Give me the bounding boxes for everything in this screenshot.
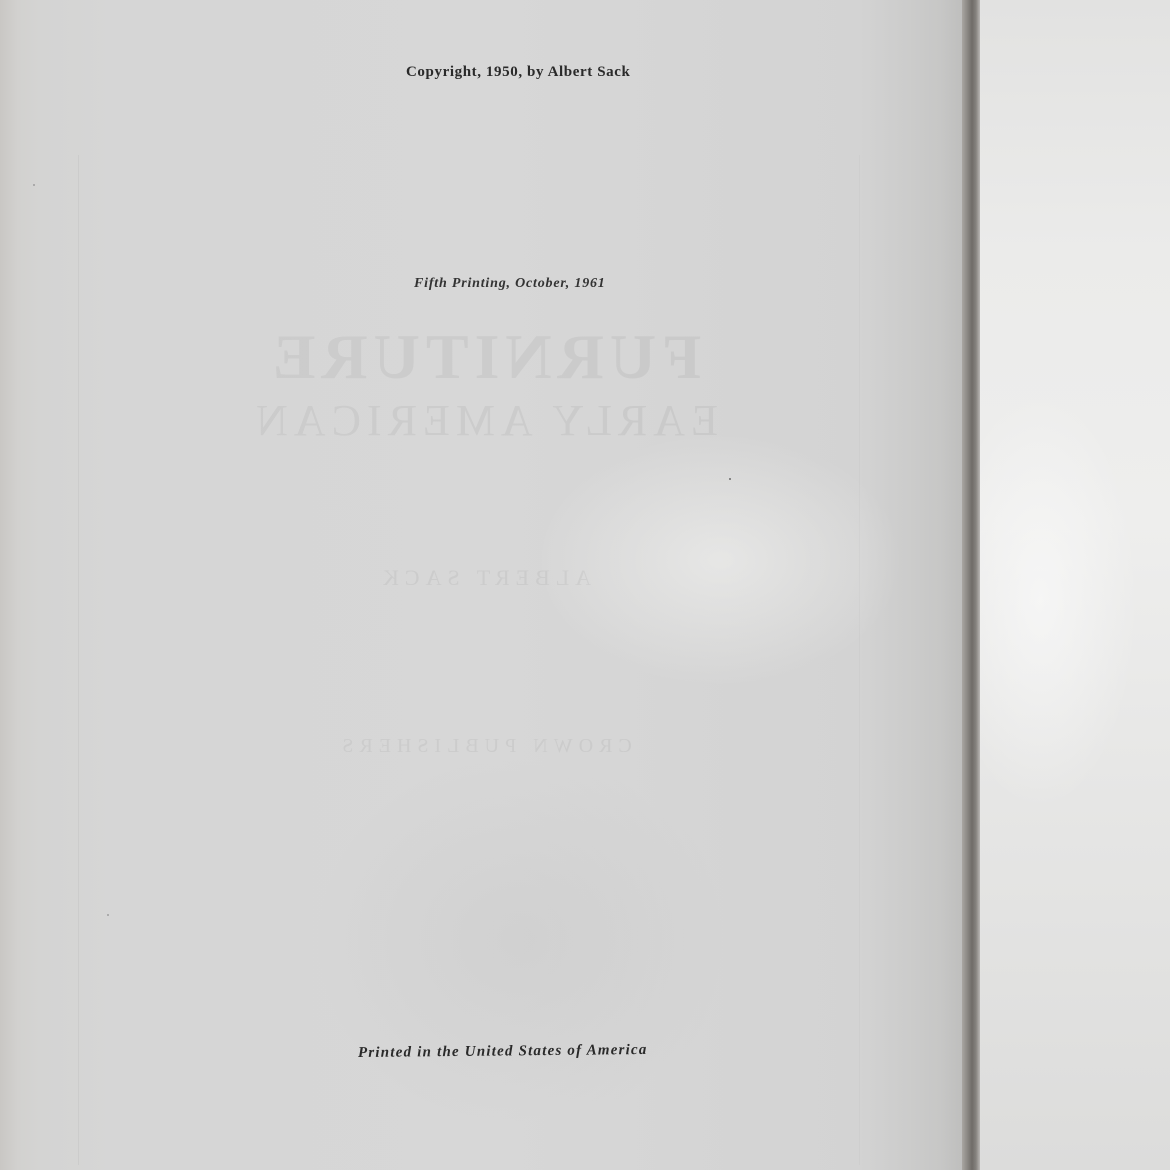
paper-speck (33, 184, 35, 186)
show-through-ghost-text: EARLY AMERICAN (0, 395, 968, 446)
facing-page (980, 0, 1170, 1170)
show-through-ghost-text: FURNITURE (0, 320, 968, 394)
copyright-notice: Copyright, 1950, by Albert Sack (406, 64, 630, 81)
show-through-ghost-text: ALBERT SACK (0, 565, 968, 591)
paper-speck (107, 914, 109, 916)
printing-edition-notice: Fifth Printing, October, 1961 (414, 276, 606, 292)
book-page: FURNITURE EARLY AMERICAN ALBERT SACK CRO… (0, 0, 968, 1170)
printed-in-notice: Printed in the United States of America (358, 1042, 648, 1062)
page-gutter-edge (962, 0, 980, 1170)
paper-speck (729, 478, 731, 480)
show-through-ghost-text: CROWN PUBLISHERS (0, 735, 968, 758)
